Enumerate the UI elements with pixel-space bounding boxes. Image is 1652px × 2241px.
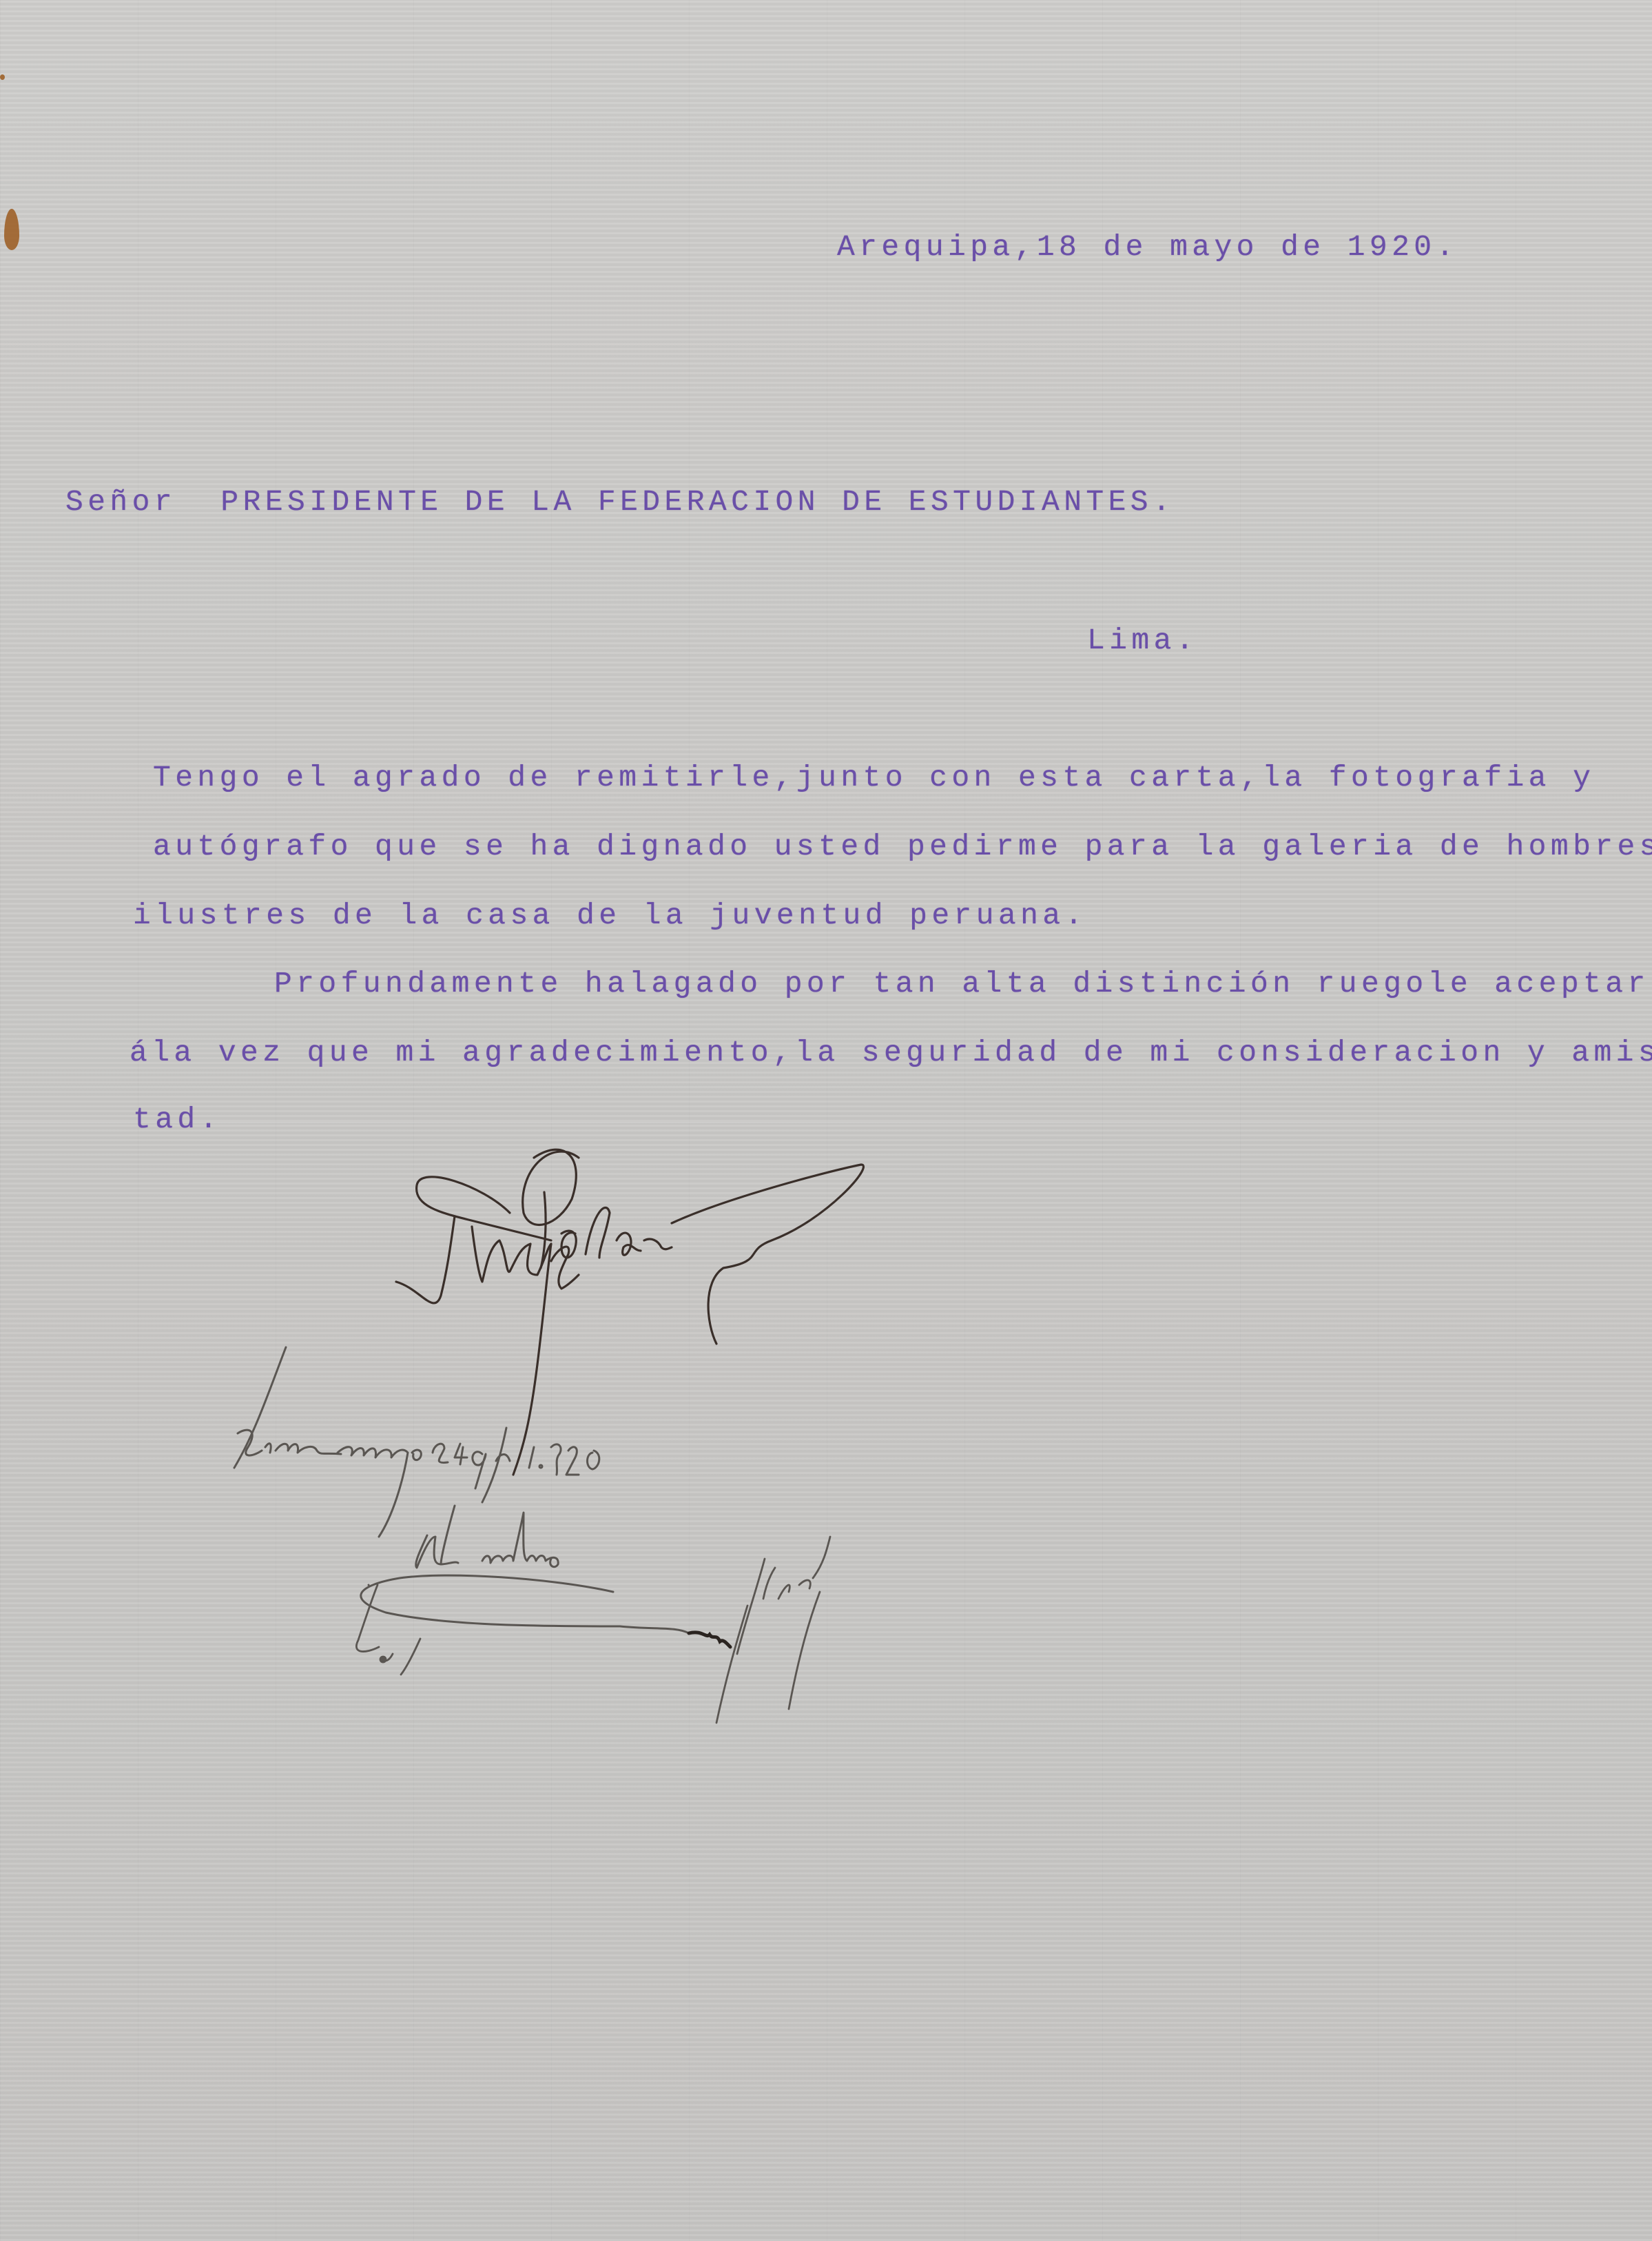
body-line-4: Profundamente halagado por tan alta dist… (274, 969, 1650, 999)
body-line-1: Tengo el agrado de remitirle,junto con e… (153, 763, 1595, 792)
body-line-5: ála vez que mi agradecimiento,la segurid… (130, 1038, 1652, 1067)
ink-spot (0, 74, 5, 80)
paper-fold-line (0, 1122, 1652, 1123)
place-date: Arequipa,18 de mayo de 1920. (837, 232, 1458, 262)
recipient-line: Señor PRESIDENTE DE LA FEDERACION DE EST… (65, 487, 1175, 517)
body-line-2: autógrafo que se ha dignado usted pedirm… (153, 832, 1652, 861)
recipient-city: Lima. (1087, 626, 1198, 655)
body-line-3: ilustres de la casa de la juventud perua… (133, 901, 1087, 930)
paper-background (0, 0, 1652, 2241)
body-line-6: tad. (133, 1105, 222, 1134)
